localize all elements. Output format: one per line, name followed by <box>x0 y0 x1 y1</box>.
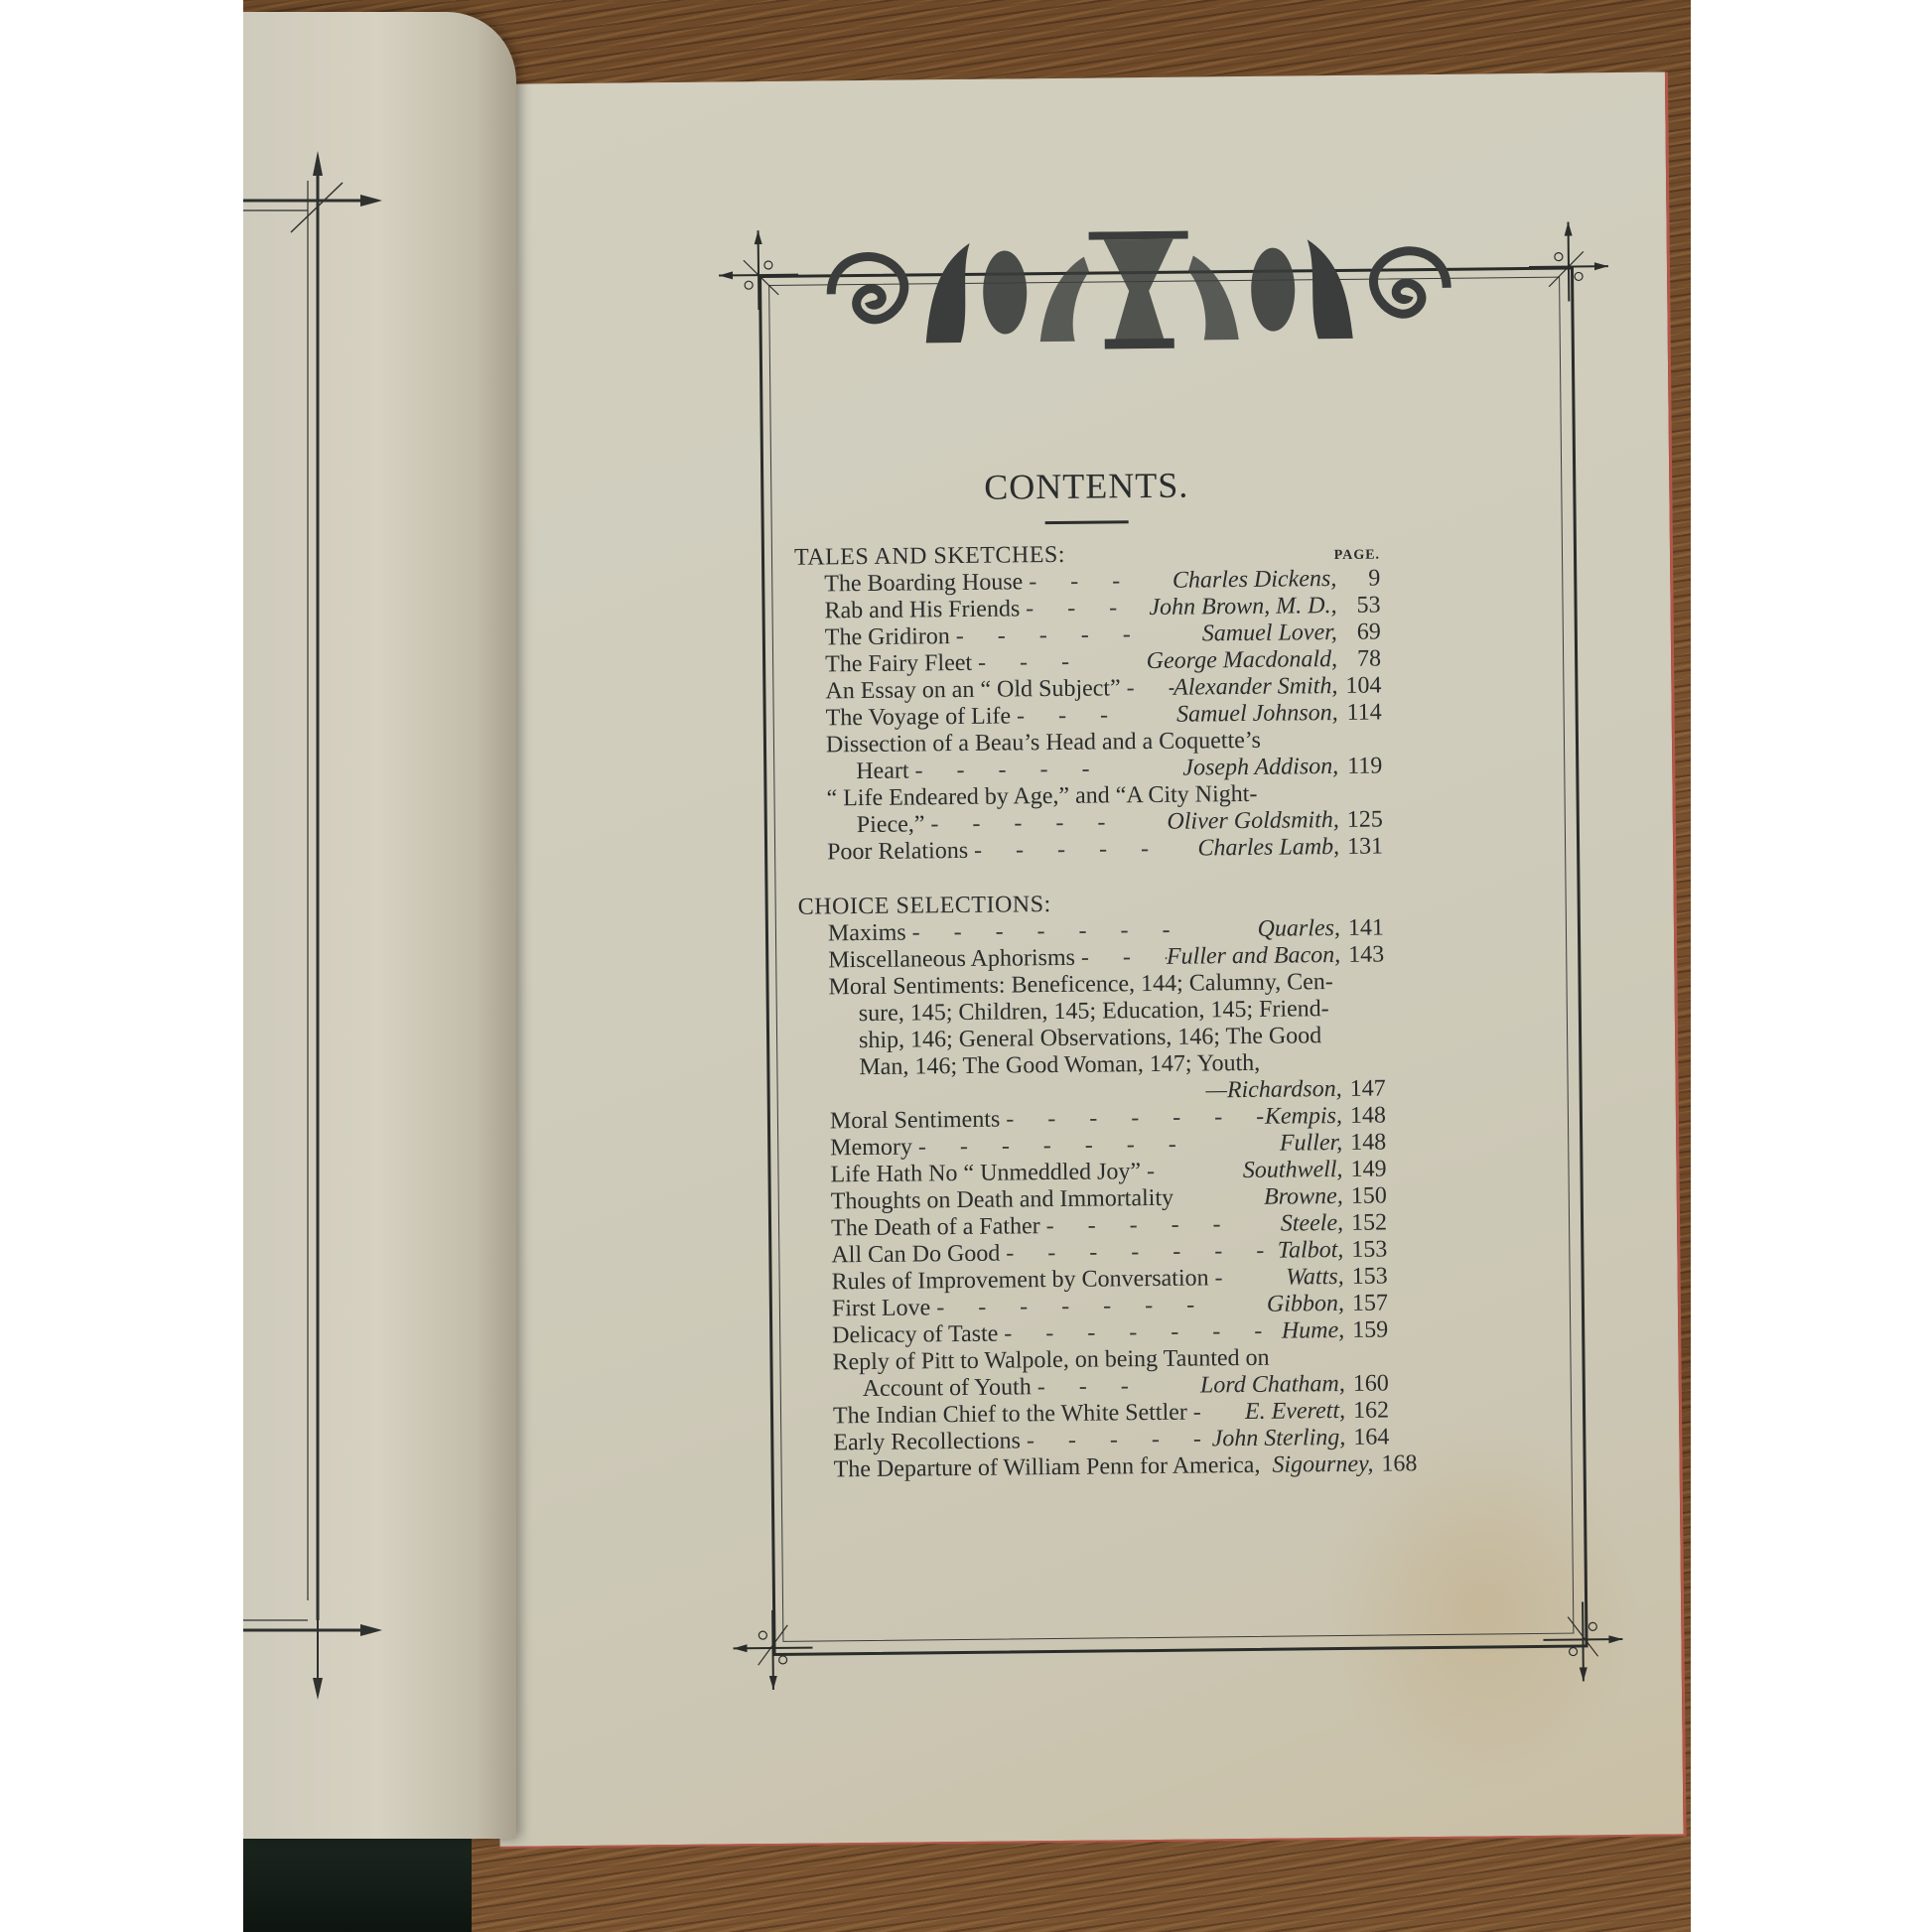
toc-entry-paragraph: Moral Sentiments: Beneficence, 144; Calu… <box>798 969 1385 1082</box>
page-column-label: PAGE. <box>1334 548 1381 564</box>
left-page-border-icon <box>243 12 516 1839</box>
corner-flourish-icon <box>1529 221 1609 302</box>
section-title: TALES AND SKETCHES: <box>794 542 1065 572</box>
contents-page: CONTENTS. TALES AND SKETCHES: PAGE. The … <box>482 71 1687 1848</box>
book-photo: CONTENTS. TALES AND SKETCHES: PAGE. The … <box>243 0 1691 1932</box>
page-title: CONTENTS. <box>793 463 1379 510</box>
corner-flourish-icon <box>1543 1601 1623 1682</box>
section-title: CHOICE SELECTIONS: <box>798 892 1051 921</box>
left-page <box>243 12 516 1839</box>
corner-flourish-icon <box>719 230 799 311</box>
decorative-headpiece-icon <box>821 228 1457 354</box>
table-of-contents: CONTENTS. TALES AND SKETCHES: PAGE. The … <box>793 463 1390 1484</box>
title-rule <box>1045 520 1129 524</box>
corner-flourish-icon <box>733 1610 813 1691</box>
